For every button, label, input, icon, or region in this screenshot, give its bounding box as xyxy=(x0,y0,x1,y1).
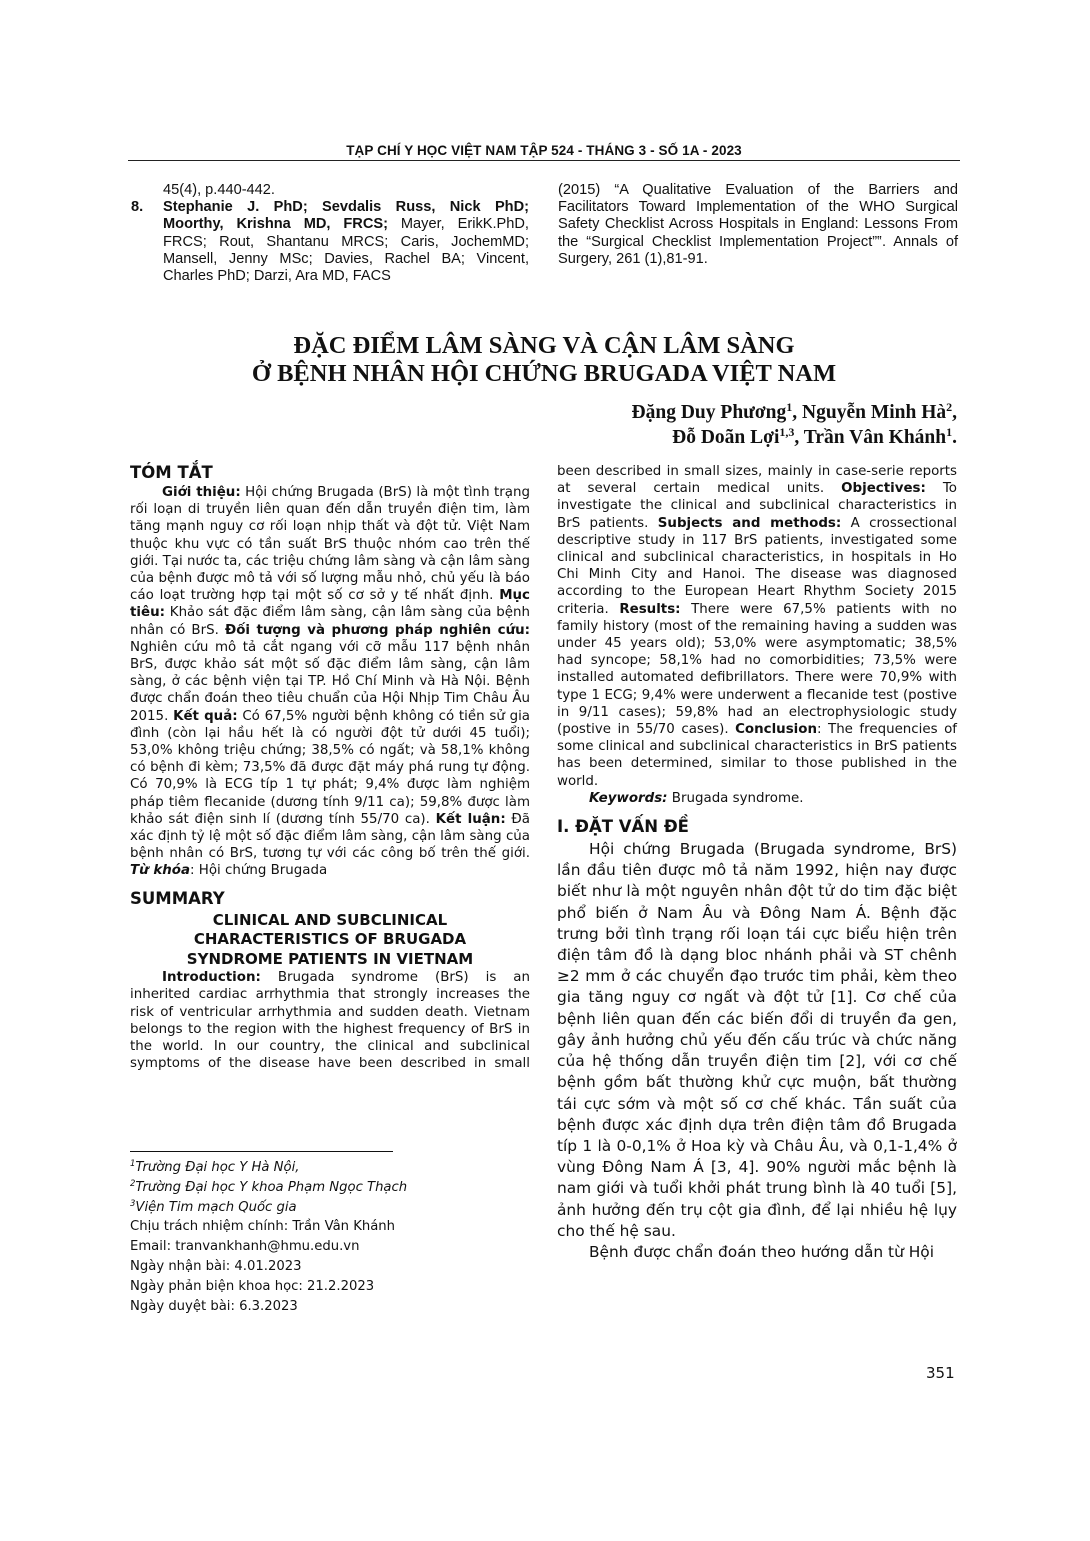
keywords-en: Keywords: Brugada syndrome. xyxy=(557,790,957,807)
corresponding-author: Chịu trách nhiệm chính: Trần Vân Khánh xyxy=(130,1217,407,1237)
footnotes: 1Trường Đại học Y Hà Nội, 2Trường Đại họ… xyxy=(130,1158,407,1316)
author-affiliation: 1,3 xyxy=(779,425,794,439)
author-line-2: Đỗ Doãn Lợi1,3, Trần Vân Khánh1. xyxy=(632,425,957,450)
section-1-para-2: Bệnh được chẩn đoán theo hướng dẫn từ Hộ… xyxy=(557,1242,957,1263)
abstract-en-body-part1: Introduction: Brugada syndrome (BrS) is … xyxy=(130,969,530,1072)
right-column: been described in small sizes, mainly in… xyxy=(557,463,957,1263)
date-accepted: Ngày duyệt bài: 6.3.2023 xyxy=(130,1297,407,1317)
abstract-vi-body: Giới thiệu: Hội chứng Brugada (BrS) là m… xyxy=(130,484,530,880)
date-received: Ngày nhận bài: 4.01.2023 xyxy=(130,1257,407,1277)
affiliation-2: 2Trường Đại học Y khoa Phạm Ngọc Thạch xyxy=(130,1178,407,1198)
section-1-heading: I. ĐẶT VẤN ĐỀ xyxy=(557,817,957,837)
reference-tail: 45(4), p.440-442. xyxy=(163,182,529,199)
title-line-2: Ở BỆNH NHÂN HỘI CHỨNG BRUGADA VIỆT NAM xyxy=(128,360,960,388)
references-left: 45(4), p.440-442. Stephanie J. PhD; Sevd… xyxy=(163,182,529,285)
reference-8-continued: (2015) “A Qualitative Evaluation of the … xyxy=(558,182,958,268)
author-name: Nguyễn Minh Hà xyxy=(802,402,946,423)
affiliation-3: 3Viện Tim mạch Quốc gia xyxy=(130,1198,407,1218)
affiliation-1: 1Trường Đại học Y Hà Nội, xyxy=(130,1158,407,1178)
left-column: TÓM TẮT Giới thiệu: Hội chứng Brugada (B… xyxy=(130,463,530,1072)
section-1-body: Hội chứng Brugada (Brugada syndrome, BrS… xyxy=(557,839,957,1263)
keywords-label: Từ khóa xyxy=(130,863,190,878)
english-title: CLINICAL AND SUBCLINICAL CHARACTERISTICS… xyxy=(130,911,530,970)
email: Email: tranvankhanh@hmu.edu.vn xyxy=(130,1237,407,1257)
page-number: 351 xyxy=(926,1364,955,1382)
reference-number-8: 8. xyxy=(131,199,143,216)
author-list: Đặng Duy Phương1, Nguyễn Minh Hà2, Đỗ Do… xyxy=(632,400,957,450)
section-1-para-1: Hội chứng Brugada (Brugada syndrome, BrS… xyxy=(557,839,957,1242)
reference-item-8: Stephanie J. PhD; Sevdalis Russ, Nick Ph… xyxy=(163,199,529,285)
header-rule xyxy=(128,160,960,161)
author-line-1: Đặng Duy Phương1, Nguyễn Minh Hà2, xyxy=(632,400,957,425)
footnote-rule xyxy=(130,1151,393,1152)
title-line-1: ĐẶC ĐIỂM LÂM SÀNG VÀ CẬN LÂM SÀNG xyxy=(128,332,960,360)
journal-running-header: TẠP CHÍ Y HỌC VIỆT NAM TẬP 524 - THÁNG 3… xyxy=(128,143,960,158)
abstract-en-body-part2: been described in small sizes, mainly in… xyxy=(557,463,957,790)
summary-heading: SUMMARY xyxy=(130,889,530,909)
author-name: Trần Vân Khánh xyxy=(804,427,946,448)
references-right: (2015) “A Qualitative Evaluation of the … xyxy=(558,182,958,268)
abstract-vi-heading: TÓM TẮT xyxy=(130,463,530,483)
keywords-text: : Hội chứng Brugada xyxy=(190,863,327,878)
author-name: Đỗ Doãn Lợi xyxy=(672,427,779,448)
date-reviewed: Ngày phản biện khoa học: 21.2.2023 xyxy=(130,1277,407,1297)
author-name: Đặng Duy Phương xyxy=(632,402,787,423)
article-title: ĐẶC ĐIỂM LÂM SÀNG VÀ CẬN LÂM SÀNG Ở BỆNH… xyxy=(128,332,960,388)
